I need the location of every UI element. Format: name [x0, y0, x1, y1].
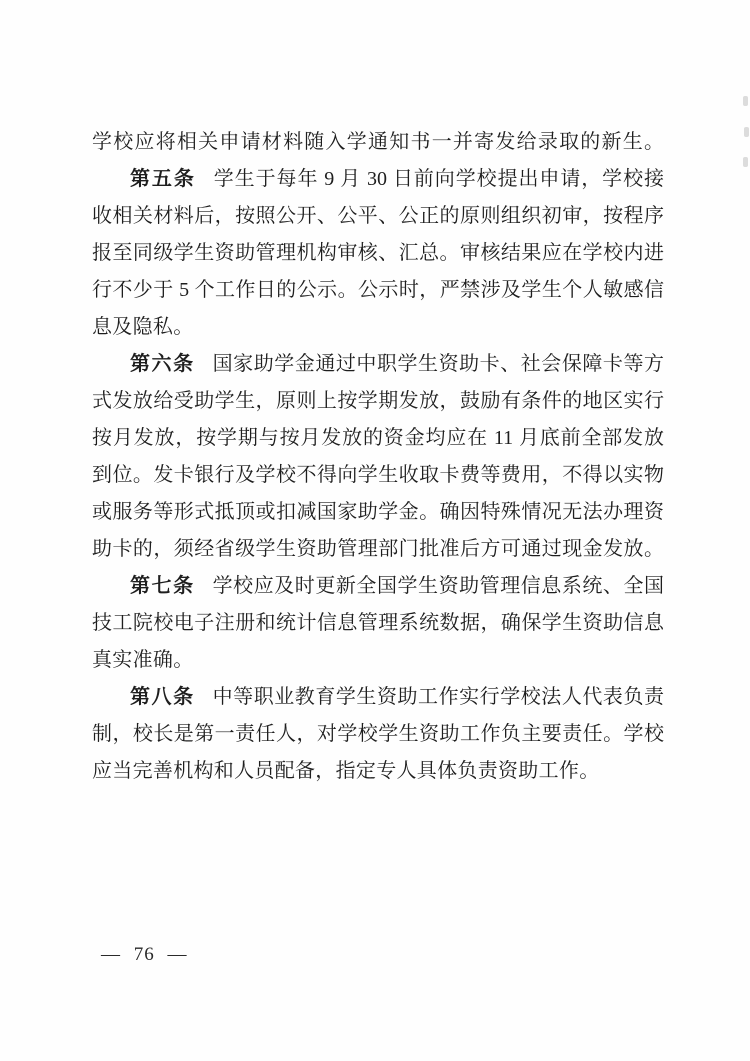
scan-artifact: [743, 157, 748, 167]
text-line: 制，校长是第一责任人，对学校学生资助工作负主要责任。学校: [92, 716, 664, 753]
text-line: 收相关材料后，按照公开、公平、公正的原则组织初审，按程序: [92, 198, 664, 235]
text-line: 息及隐私。: [92, 309, 664, 346]
line-text: 学校应将相关申请材料随入学通知书一并寄发给录取的新生。: [92, 131, 664, 153]
line-text: 收相关材料后，按照公开、公平、公正的原则组织初审，按程序: [92, 205, 664, 227]
text-line: 学校应将相关申请材料随入学通知书一并寄发给录取的新生。: [92, 124, 664, 161]
text-line: 行不少于 5 个工作日的公示。公示时，严禁涉及学生个人敏感信: [92, 272, 664, 309]
line-text: 学校应及时更新全国学生资助管理信息系统、全国: [213, 575, 664, 597]
scan-artifact: [744, 127, 749, 137]
scan-artifact: [743, 96, 748, 106]
article-line: 第七条学校应及时更新全国学生资助管理信息系统、全国: [92, 568, 664, 605]
line-text: 或服务等形式抵顶或扣减国家助学金。确因特殊情况无法办理资: [92, 501, 664, 523]
line-text: 中等职业教育学生资助工作实行学校法人代表负责: [213, 686, 664, 708]
text-line: 式发放给受助学生，原则上按学期发放，鼓励有条件的地区实行: [92, 383, 664, 420]
document-page: 学校应将相关申请材料随入学通知书一并寄发给录取的新生。第五条学生于每年 9 月 …: [0, 0, 750, 1061]
document-body: 学校应将相关申请材料随入学通知书一并寄发给录取的新生。第五条学生于每年 9 月 …: [92, 124, 664, 790]
text-line: 到位。发卡银行及学校不得向学生收取卡费等费用，不得以实物: [92, 457, 664, 494]
text-line: 真实准确。: [92, 642, 664, 679]
line-text: 应当完善机构和人员配备，指定专人具体负责资助工作。: [92, 760, 600, 782]
line-text: 到位。发卡银行及学校不得向学生收取卡费等费用，不得以实物: [92, 464, 664, 486]
line-text: 学生于每年 9 月 30 日前向学校提出申请，学校接: [214, 168, 664, 190]
line-text: 息及隐私。: [92, 316, 194, 338]
line-text: 国家助学金通过中职学生资助卡、社会保障卡等方: [213, 353, 664, 375]
article-number-label: 第五条: [130, 168, 196, 190]
line-text: 制，校长是第一责任人，对学校学生资助工作负主要责任。学校: [92, 723, 664, 745]
article-number-label: 第七条: [130, 575, 195, 597]
line-text: 式发放给受助学生，原则上按学期发放，鼓励有条件的地区实行: [92, 390, 664, 412]
scan-artifact: [630, 540, 634, 544]
text-line: 按月发放，按学期与按月发放的资金均应在 11 月底前全部发放: [92, 420, 664, 457]
text-line: 报至同级学生资助管理机构审核、汇总。审核结果应在学校内进: [92, 235, 664, 272]
page-number: — 76 —: [101, 944, 188, 966]
text-line: 应当完善机构和人员配备，指定专人具体负责资助工作。: [92, 753, 664, 790]
line-text: 助卡的，须经省级学生资助管理部门批准后方可通过现金发放。: [92, 538, 664, 560]
line-text: 按月发放，按学期与按月发放的资金均应在 11 月底前全部发放: [92, 427, 664, 449]
text-line: 技工院校电子注册和统计信息管理系统数据，确保学生资助信息: [92, 605, 664, 642]
line-text: 报至同级学生资助管理机构审核、汇总。审核结果应在学校内进: [92, 242, 664, 264]
article-line: 第五条学生于每年 9 月 30 日前向学校提出申请，学校接: [92, 161, 664, 198]
line-text: 行不少于 5 个工作日的公示。公示时，严禁涉及学生个人敏感信: [92, 279, 664, 301]
line-text: 技工院校电子注册和统计信息管理系统数据，确保学生资助信息: [92, 612, 664, 634]
line-text: 真实准确。: [92, 649, 194, 671]
text-line: 助卡的，须经省级学生资助管理部门批准后方可通过现金发放。: [92, 531, 664, 568]
article-line: 第八条中等职业教育学生资助工作实行学校法人代表负责: [92, 679, 664, 716]
article-number-label: 第六条: [130, 353, 195, 375]
text-line: 或服务等形式抵顶或扣减国家助学金。确因特殊情况无法办理资: [92, 494, 664, 531]
article-number-label: 第八条: [130, 686, 195, 708]
article-line: 第六条国家助学金通过中职学生资助卡、社会保障卡等方: [92, 346, 664, 383]
